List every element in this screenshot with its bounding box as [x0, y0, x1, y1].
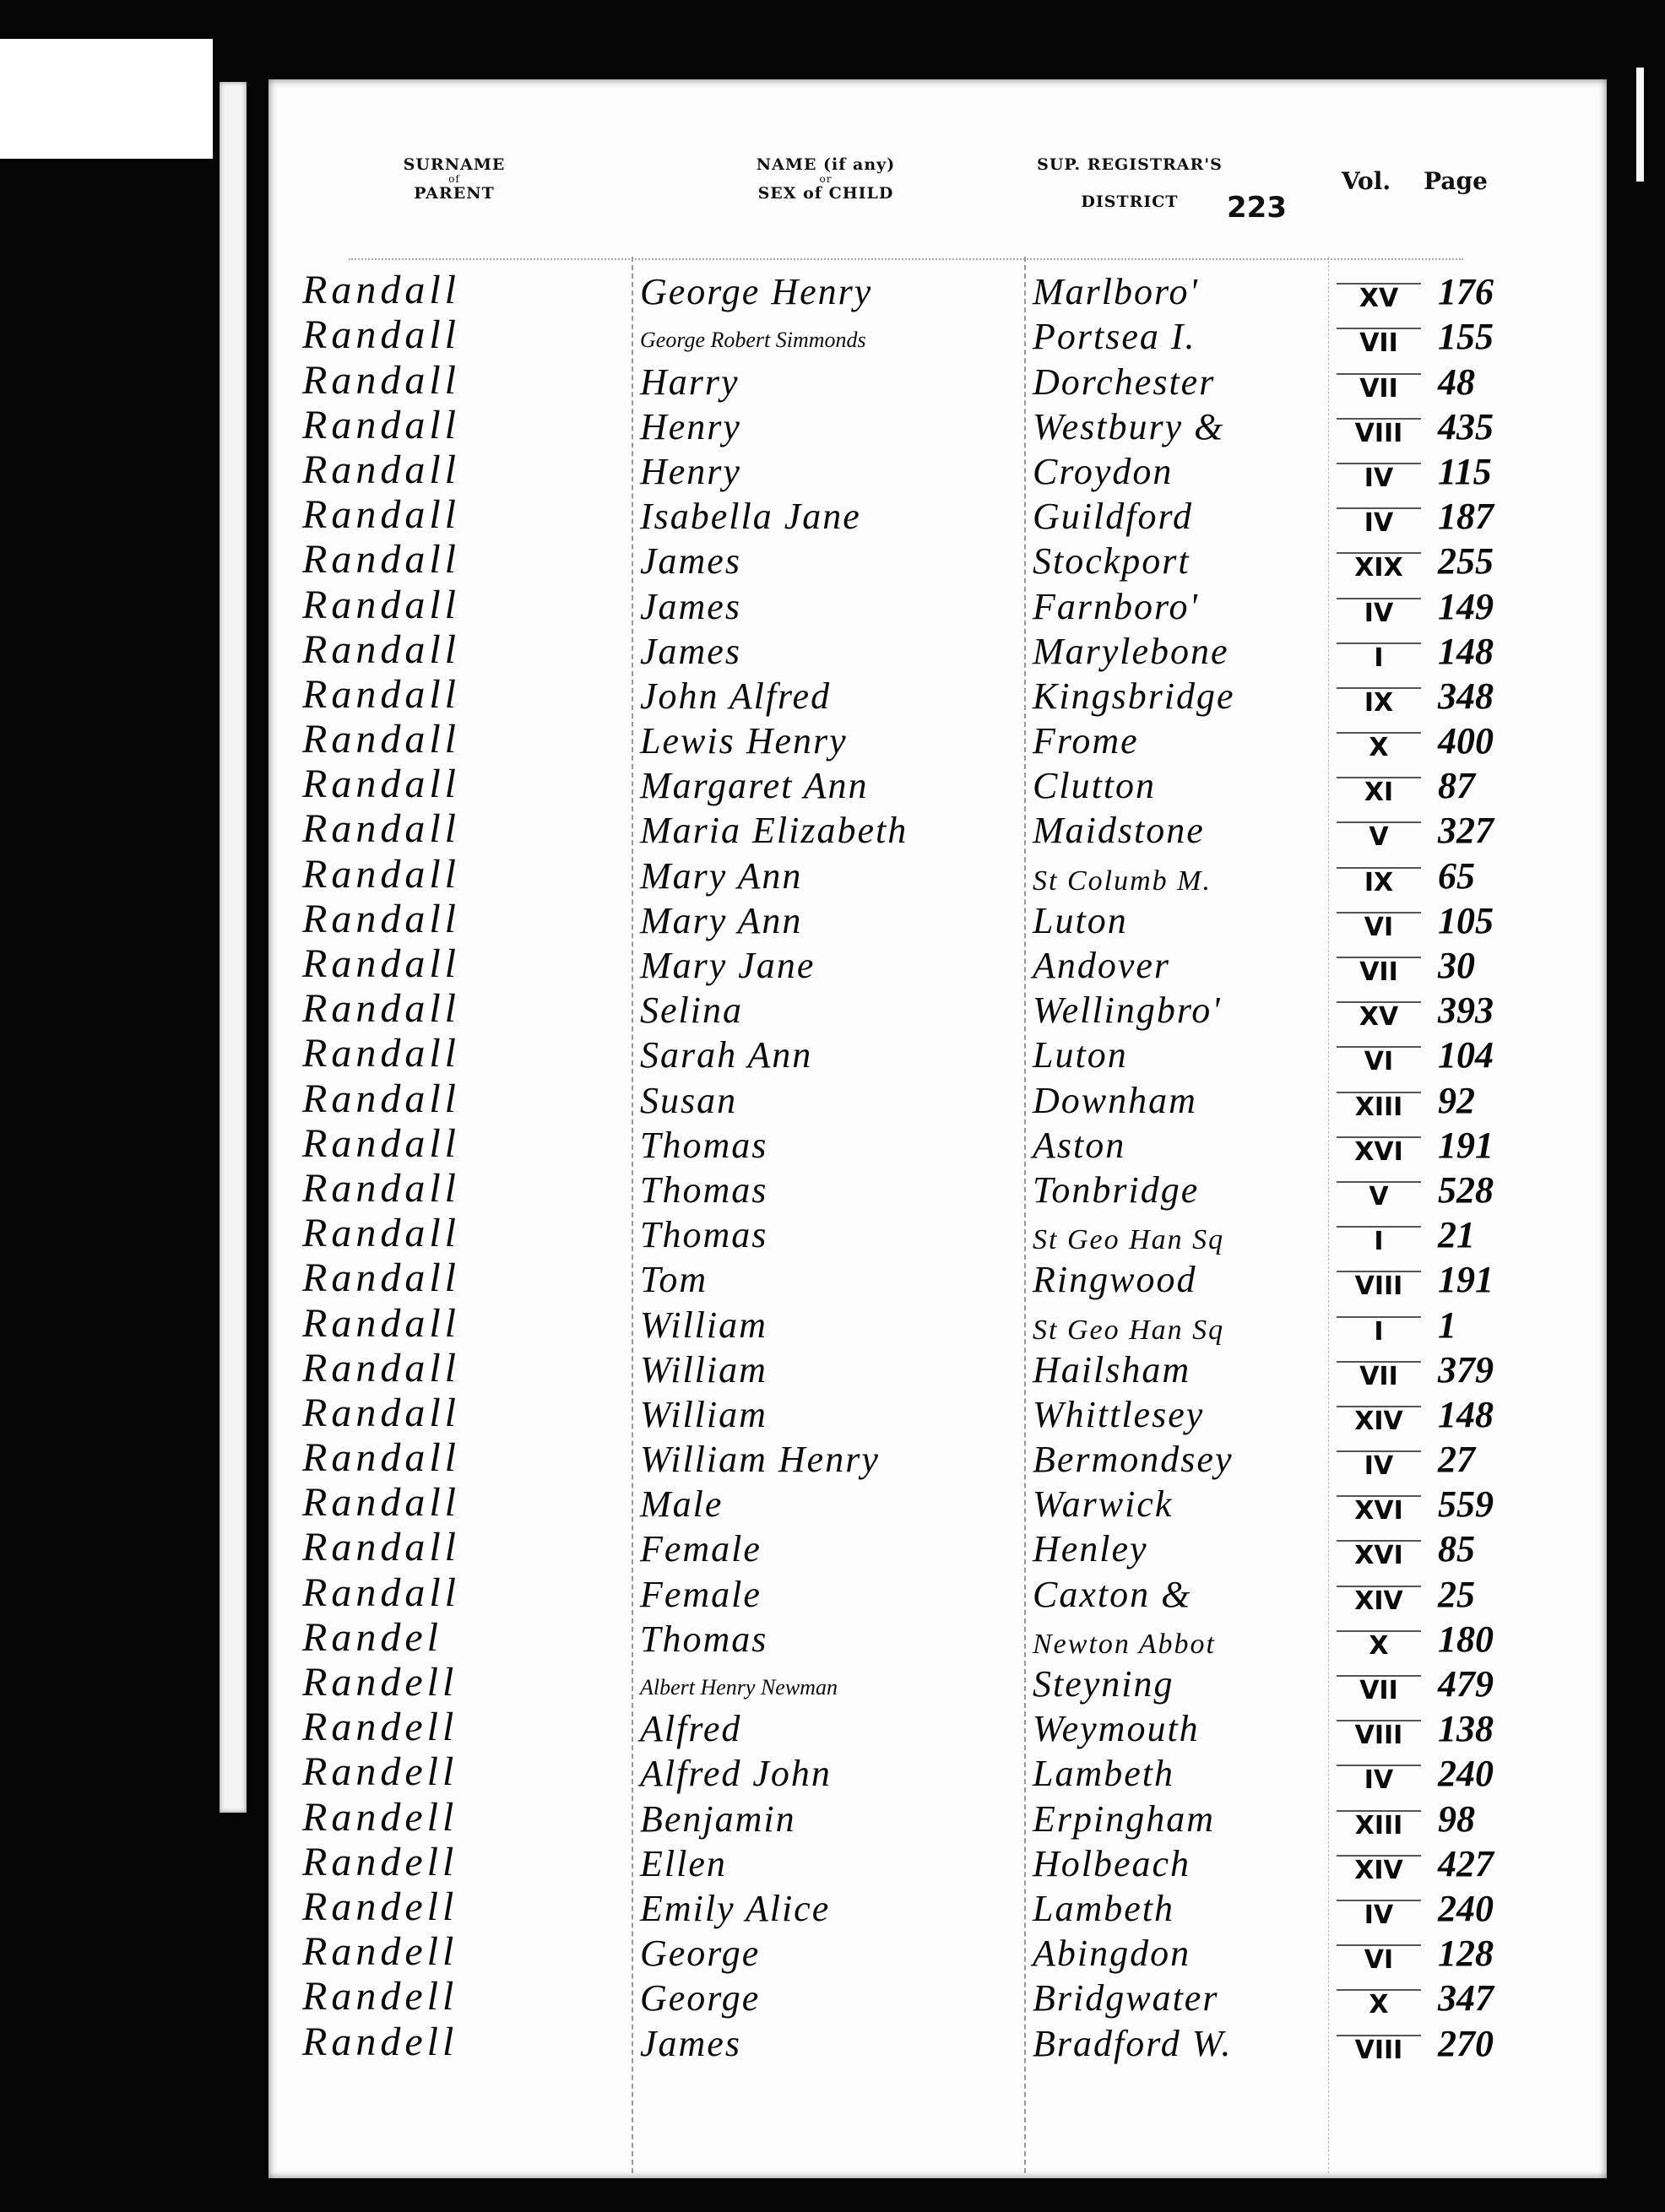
child-name-cell: Susan: [640, 1079, 737, 1122]
page-cell: 105: [1438, 899, 1494, 942]
district-cell: Aston: [1033, 1124, 1125, 1167]
child-name-cell: Thomas: [640, 1168, 767, 1212]
volume-cell: V: [1337, 1181, 1421, 1212]
surname-cell: Randel: [302, 1614, 442, 1661]
volume-cell: VI: [1337, 1944, 1421, 1975]
child-name-cell: Benjamin: [640, 1797, 796, 1841]
table-row: Randell Benjamin Erpingham XIII 98: [268, 1800, 1607, 1845]
child-name-cell: Mary Ann: [640, 854, 802, 897]
header-page: Page: [1413, 172, 1498, 191]
surname-cell: Randall: [302, 536, 460, 583]
register-page: SURNAME of PARENT NAME (if any) or SEX o…: [268, 79, 1607, 2178]
surname-cell: Randall: [302, 716, 460, 762]
district-number: 223: [1227, 191, 1287, 225]
page-cell: 327: [1438, 809, 1494, 852]
district-cell: Croydon: [1033, 450, 1173, 493]
surname-cell: Randall: [302, 491, 460, 538]
surname-cell: Randall: [302, 1165, 460, 1212]
volume-cell: IX: [1337, 867, 1421, 897]
volume-cell: VII: [1337, 957, 1421, 987]
child-name-cell: Sarah Ann: [640, 1033, 812, 1076]
table-row: Randell George Abingdon VI 128: [268, 1935, 1607, 1980]
surname-cell: Randall: [302, 1076, 460, 1122]
table-row: Randall Margaret Ann Clutton XI 87: [268, 767, 1607, 812]
child-name-cell: William: [640, 1348, 767, 1391]
district-cell: Lambeth: [1033, 1752, 1174, 1795]
child-name-cell: Mary Ann: [640, 899, 802, 942]
table-row: Randall William St Geo Han Sq I 1: [268, 1306, 1607, 1351]
volume-cell: XIV: [1337, 1586, 1421, 1616]
child-name-cell: Alfred John: [640, 1752, 832, 1795]
child-name-cell: Alfred: [640, 1707, 741, 1750]
district-cell: Caxton &: [1033, 1573, 1191, 1616]
page-cell: 65: [1438, 854, 1475, 897]
child-name-cell: William: [640, 1393, 767, 1436]
volume-cell: V: [1337, 821, 1421, 852]
page-cell: 30: [1438, 944, 1475, 987]
surname-cell: Randall: [302, 1300, 460, 1347]
binding-edge: [220, 82, 247, 1813]
table-row: Randell Alfred Weymouth VIII 138: [268, 1711, 1607, 1755]
district-cell: Erpingham: [1033, 1797, 1215, 1841]
surname-cell: Randell: [302, 1704, 458, 1750]
page-cell: 92: [1438, 1079, 1475, 1122]
volume-cell: VIII: [1337, 2035, 1421, 2065]
page-cell: 115: [1438, 450, 1492, 493]
district-cell: Marylebone: [1033, 630, 1229, 673]
volume-cell: XVI: [1337, 1540, 1421, 1570]
child-name-cell: William: [640, 1304, 767, 1347]
volume-cell: X: [1337, 732, 1421, 762]
district-cell: St Columb M.: [1033, 865, 1212, 897]
surname-cell: Randell: [302, 2019, 458, 2065]
table-row: Randall Sarah Ann Luton VI 104: [268, 1037, 1607, 1082]
volume-cell: IV: [1337, 1765, 1421, 1795]
page-cell: 240: [1438, 1887, 1494, 1930]
district-cell: Dorchester: [1033, 361, 1215, 404]
page-cell: 155: [1438, 315, 1494, 358]
volume-cell: XIII: [1337, 1092, 1421, 1122]
page-cell: 559: [1438, 1483, 1494, 1526]
surname-cell: Randell: [302, 1748, 458, 1795]
page-cell: 347: [1438, 1976, 1494, 2020]
table-row: Randall Male Warwick XVI 559: [268, 1486, 1607, 1531]
district-cell: Bermondsey: [1033, 1438, 1234, 1481]
page-cell: 191: [1438, 1124, 1494, 1167]
surname-cell: Randall: [302, 357, 460, 404]
table-row: Randall James Farnboro' IV 149: [268, 588, 1607, 632]
child-name-cell: Emily Alice: [640, 1887, 830, 1930]
table-row: Randall William Whittlesey XIV 148: [268, 1396, 1607, 1441]
page-cell: 379: [1438, 1348, 1494, 1391]
surname-cell: Randall: [302, 985, 460, 1032]
volume-cell: X: [1337, 1989, 1421, 2020]
surname-cell: Randall: [302, 267, 460, 313]
child-name-cell: Isabella Jane: [640, 495, 861, 538]
page-cell: 270: [1438, 2022, 1494, 2065]
entries-list: Randall George Henry Marlboro' XV 176 Ra…: [268, 274, 1607, 2070]
child-name-cell: Thomas: [640, 1213, 767, 1256]
district-cell: Ringwood: [1033, 1258, 1196, 1301]
surname-cell: Randall: [302, 1210, 460, 1256]
district-cell: Lambeth: [1033, 1887, 1174, 1930]
table-row: Randall Maria Elizabeth Maidstone V 327: [268, 812, 1607, 857]
header-divider: [349, 258, 1463, 260]
district-cell: Bridgwater: [1033, 1976, 1218, 2020]
district-cell: St Geo Han Sq: [1033, 1224, 1224, 1256]
district-cell: Clutton: [1033, 764, 1156, 807]
volume-cell: VIII: [1337, 1271, 1421, 1301]
header-name: NAME (if any) or SEX of CHILD: [691, 155, 961, 203]
district-cell: Warwick: [1033, 1483, 1173, 1526]
district-cell: Tonbridge: [1033, 1168, 1199, 1212]
child-name-cell: Thomas: [640, 1618, 767, 1661]
page-cell: 176: [1438, 270, 1494, 313]
volume-cell: X: [1337, 1630, 1421, 1661]
page-cell: 25: [1438, 1573, 1475, 1616]
table-row: Randell Alfred John Lambeth IV 240: [268, 1755, 1607, 1800]
district-cell: Newton Abbot: [1033, 1629, 1216, 1661]
child-name-cell: Henry: [640, 405, 741, 448]
district-cell: St Geo Han Sq: [1033, 1315, 1224, 1347]
page-cell: 348: [1438, 675, 1494, 718]
column-headers: SURNAME of PARENT NAME (if any) or SEX o…: [268, 155, 1607, 248]
table-row: Randall Lewis Henry Frome X 400: [268, 723, 1607, 767]
district-cell: Maidstone: [1033, 809, 1205, 852]
child-name-cell: James: [640, 539, 741, 583]
surname-cell: Randell: [302, 1839, 458, 1885]
surname-cell: Randall: [302, 1524, 460, 1570]
volume-cell: XIII: [1337, 1810, 1421, 1841]
surname-cell: Randell: [302, 1973, 458, 2020]
district-cell: Wellingbro': [1033, 989, 1222, 1032]
page-cell: 87: [1438, 764, 1475, 807]
surname-cell: Randall: [302, 402, 460, 448]
child-name-cell: Maria Elizabeth: [640, 809, 908, 852]
table-row: Randell James Bradford W. VIII 270: [268, 2025, 1607, 2069]
volume-cell: XIX: [1337, 552, 1421, 583]
page-cell: 104: [1438, 1033, 1494, 1076]
page-cell: 393: [1438, 989, 1494, 1032]
table-row: Randall Henry Croydon IV 115: [268, 453, 1607, 498]
volume-cell: IV: [1337, 463, 1421, 493]
table-row: Randall Harry Dorchester VII 48: [268, 363, 1607, 408]
table-row: Randall Selina Wellingbro' XV 393: [268, 992, 1607, 1037]
surname-cell: Randall: [302, 896, 460, 942]
table-row: Randall Thomas Tonbridge V 528: [268, 1172, 1607, 1217]
surname-cell: Randall: [302, 1570, 460, 1616]
table-row: Randall Tom Ringwood VIII 191: [268, 1261, 1607, 1306]
header-district: SUP. REGISTRAR'S DISTRICT: [1016, 155, 1244, 211]
volume-cell: IX: [1337, 687, 1421, 718]
volume-cell: IV: [1337, 1900, 1421, 1930]
child-name-cell: Ellen: [640, 1842, 727, 1885]
page-cell: 27: [1438, 1438, 1475, 1481]
surname-cell: Randall: [302, 851, 460, 897]
page-cell: 180: [1438, 1618, 1494, 1661]
child-name-cell: Female: [640, 1573, 762, 1616]
child-name-cell: James: [640, 2022, 741, 2065]
page-cell: 240: [1438, 1752, 1494, 1795]
page-cell: 187: [1438, 495, 1494, 538]
volume-cell: IV: [1337, 1450, 1421, 1481]
table-row: Randall Henry Westbury & VIII 435: [268, 409, 1607, 453]
surname-cell: Randall: [302, 1030, 460, 1076]
surname-cell: Randall: [302, 1255, 460, 1301]
page-cell: 191: [1438, 1258, 1494, 1301]
volume-cell: XIV: [1337, 1406, 1421, 1436]
page-cell: 85: [1438, 1527, 1475, 1570]
district-cell: Downham: [1033, 1079, 1197, 1122]
child-name-cell: George Robert Simmonds: [640, 328, 866, 353]
surname-cell: Randell: [302, 1928, 458, 1975]
volume-cell: VII: [1337, 328, 1421, 358]
volume-cell: VII: [1337, 373, 1421, 404]
child-name-cell: William Henry: [640, 1438, 880, 1481]
district-cell: Bradford W.: [1033, 2022, 1232, 2065]
child-name-cell: Mary Jane: [640, 944, 815, 987]
volume-cell: I: [1337, 1316, 1421, 1347]
child-name-cell: Selina: [640, 989, 743, 1032]
district-cell: Hailsham: [1033, 1348, 1190, 1391]
child-name-cell: George: [640, 1932, 760, 1975]
volume-cell: XVI: [1337, 1136, 1421, 1167]
district-cell: Abingdon: [1033, 1932, 1190, 1975]
table-row: Randall Thomas Aston XVI 191: [268, 1127, 1607, 1172]
district-cell: Luton: [1033, 899, 1128, 942]
surname-cell: Randall: [302, 1390, 460, 1436]
district-cell: Weymouth: [1033, 1707, 1200, 1750]
page-cell: 528: [1438, 1168, 1494, 1212]
child-name-cell: Tom: [640, 1258, 708, 1301]
surname-cell: Randall: [302, 941, 460, 987]
child-name-cell: George: [640, 1976, 760, 2020]
surname-cell: Randall: [302, 582, 460, 628]
volume-cell: VI: [1337, 1046, 1421, 1076]
page-cell: 48: [1438, 361, 1475, 404]
child-name-cell: Margaret Ann: [640, 764, 868, 807]
page-cell: 128: [1438, 1932, 1494, 1975]
table-row: Randall James Marylebone I 148: [268, 633, 1607, 678]
table-row: Randall Female Caxton & XIV 25: [268, 1575, 1607, 1620]
table-row: Randell Ellen Holbeach XIV 427: [268, 1846, 1607, 1890]
volume-cell: I: [1337, 642, 1421, 673]
page-cell: 149: [1438, 585, 1494, 628]
district-cell: Whittlesey: [1033, 1393, 1204, 1436]
child-name-cell: Lewis Henry: [640, 719, 848, 762]
district-cell: Henley: [1033, 1527, 1148, 1570]
volume-cell: VI: [1337, 912, 1421, 942]
surname-cell: Randell: [302, 1794, 458, 1841]
table-row: Randall Mary Ann St Columb M. IX 65: [268, 857, 1607, 902]
table-row: Randall Female Henley XVI 85: [268, 1531, 1607, 1575]
district-cell: Farnboro': [1033, 585, 1199, 628]
district-cell: Portsea I.: [1033, 315, 1196, 358]
child-name-cell: Harry: [640, 361, 740, 404]
table-row: Randall John Alfred Kingsbridge IX 348: [268, 678, 1607, 723]
table-row: Randall Susan Downham XIII 92: [268, 1082, 1607, 1126]
child-name-cell: James: [640, 630, 741, 673]
surname-cell: Randall: [302, 626, 460, 673]
surname-cell: Randall: [302, 1345, 460, 1391]
page-cell: 98: [1438, 1797, 1475, 1841]
table-row: Randall George Robert Simmonds Portsea I…: [268, 318, 1607, 363]
child-name-cell: George Henry: [640, 270, 872, 313]
volume-cell: IV: [1337, 598, 1421, 628]
scan-artifact: [1636, 68, 1644, 182]
child-name-cell: Female: [640, 1527, 762, 1570]
district-cell: Westbury &: [1033, 405, 1224, 448]
page-cell: 479: [1438, 1662, 1494, 1705]
volume-cell: VII: [1337, 1361, 1421, 1391]
district-cell: Marlboro': [1033, 270, 1199, 313]
table-row: Randall Thomas St Geo Han Sq I 21: [268, 1217, 1607, 1261]
surname-cell: Randall: [302, 805, 460, 852]
table-row: Randel Thomas Newton Abbot X 180: [268, 1621, 1607, 1666]
surname-cell: Randall: [302, 312, 460, 358]
page-cell: 148: [1438, 630, 1494, 673]
district-cell: Stockport: [1033, 539, 1190, 583]
district-cell: Frome: [1033, 719, 1139, 762]
surname-cell: Randall: [302, 1434, 460, 1481]
volume-cell: XVI: [1337, 1495, 1421, 1526]
header-surname: SURNAME of PARENT: [361, 155, 547, 203]
district-cell: Guildford: [1033, 495, 1193, 538]
district-cell: Andover: [1033, 944, 1170, 987]
table-row: Randall William Hailsham VII 379: [268, 1352, 1607, 1396]
district-cell: Holbeach: [1033, 1842, 1190, 1885]
volume-cell: IV: [1337, 507, 1421, 538]
table-row: Randall Mary Jane Andover VII 30: [268, 947, 1607, 992]
page-cell: 435: [1438, 405, 1494, 448]
volume-cell: XI: [1337, 777, 1421, 807]
child-name-cell: John Alfred: [640, 675, 831, 718]
surname-cell: Randall: [302, 447, 460, 493]
district-cell: Steyning: [1033, 1662, 1174, 1705]
page-cell: 21: [1438, 1213, 1475, 1256]
volume-cell: VII: [1337, 1675, 1421, 1705]
volume-cell: I: [1337, 1226, 1421, 1256]
table-row: Randell Albert Henry Newman Steyning VII…: [268, 1666, 1607, 1711]
page-cell: 400: [1438, 719, 1494, 762]
surname-cell: Randall: [302, 1479, 460, 1526]
child-name-cell: Albert Henry Newman: [640, 1675, 838, 1700]
volume-cell: XV: [1337, 1001, 1421, 1032]
surname-cell: Randall: [302, 761, 460, 807]
child-name-cell: James: [640, 585, 741, 628]
surname-cell: Randell: [302, 1659, 458, 1705]
header-vol: Vol.: [1332, 172, 1400, 191]
table-row: Randall George Henry Marlboro' XV 176: [268, 274, 1607, 318]
table-row: Randall William Henry Bermondsey IV 27: [268, 1441, 1607, 1486]
volume-cell: XV: [1337, 283, 1421, 313]
volume-cell: XIV: [1337, 1855, 1421, 1885]
table-row: Randall James Stockport XIX 255: [268, 543, 1607, 588]
scan-margin-label: [0, 39, 213, 159]
surname-cell: Randall: [302, 1120, 460, 1167]
table-row: Randell George Bridgwater X 347: [268, 1980, 1607, 2025]
volume-cell: VIII: [1337, 1720, 1421, 1750]
child-name-cell: Male: [640, 1483, 723, 1526]
page-cell: 255: [1438, 539, 1494, 583]
table-row: Randell Emily Alice Lambeth IV 240: [268, 1890, 1607, 1935]
table-row: Randall Isabella Jane Guildford IV 187: [268, 498, 1607, 543]
page-cell: 148: [1438, 1393, 1494, 1436]
child-name-cell: Henry: [640, 450, 741, 493]
district-cell: Luton: [1033, 1033, 1128, 1076]
district-cell: Kingsbridge: [1033, 675, 1235, 718]
child-name-cell: Thomas: [640, 1124, 767, 1167]
volume-cell: VIII: [1337, 418, 1421, 448]
surname-cell: Randall: [302, 671, 460, 718]
page-cell: 138: [1438, 1707, 1494, 1750]
page-cell: 427: [1438, 1842, 1494, 1885]
page-cell: 1: [1438, 1304, 1456, 1347]
table-row: Randall Mary Ann Luton VI 105: [268, 903, 1607, 947]
surname-cell: Randell: [302, 1884, 458, 1930]
